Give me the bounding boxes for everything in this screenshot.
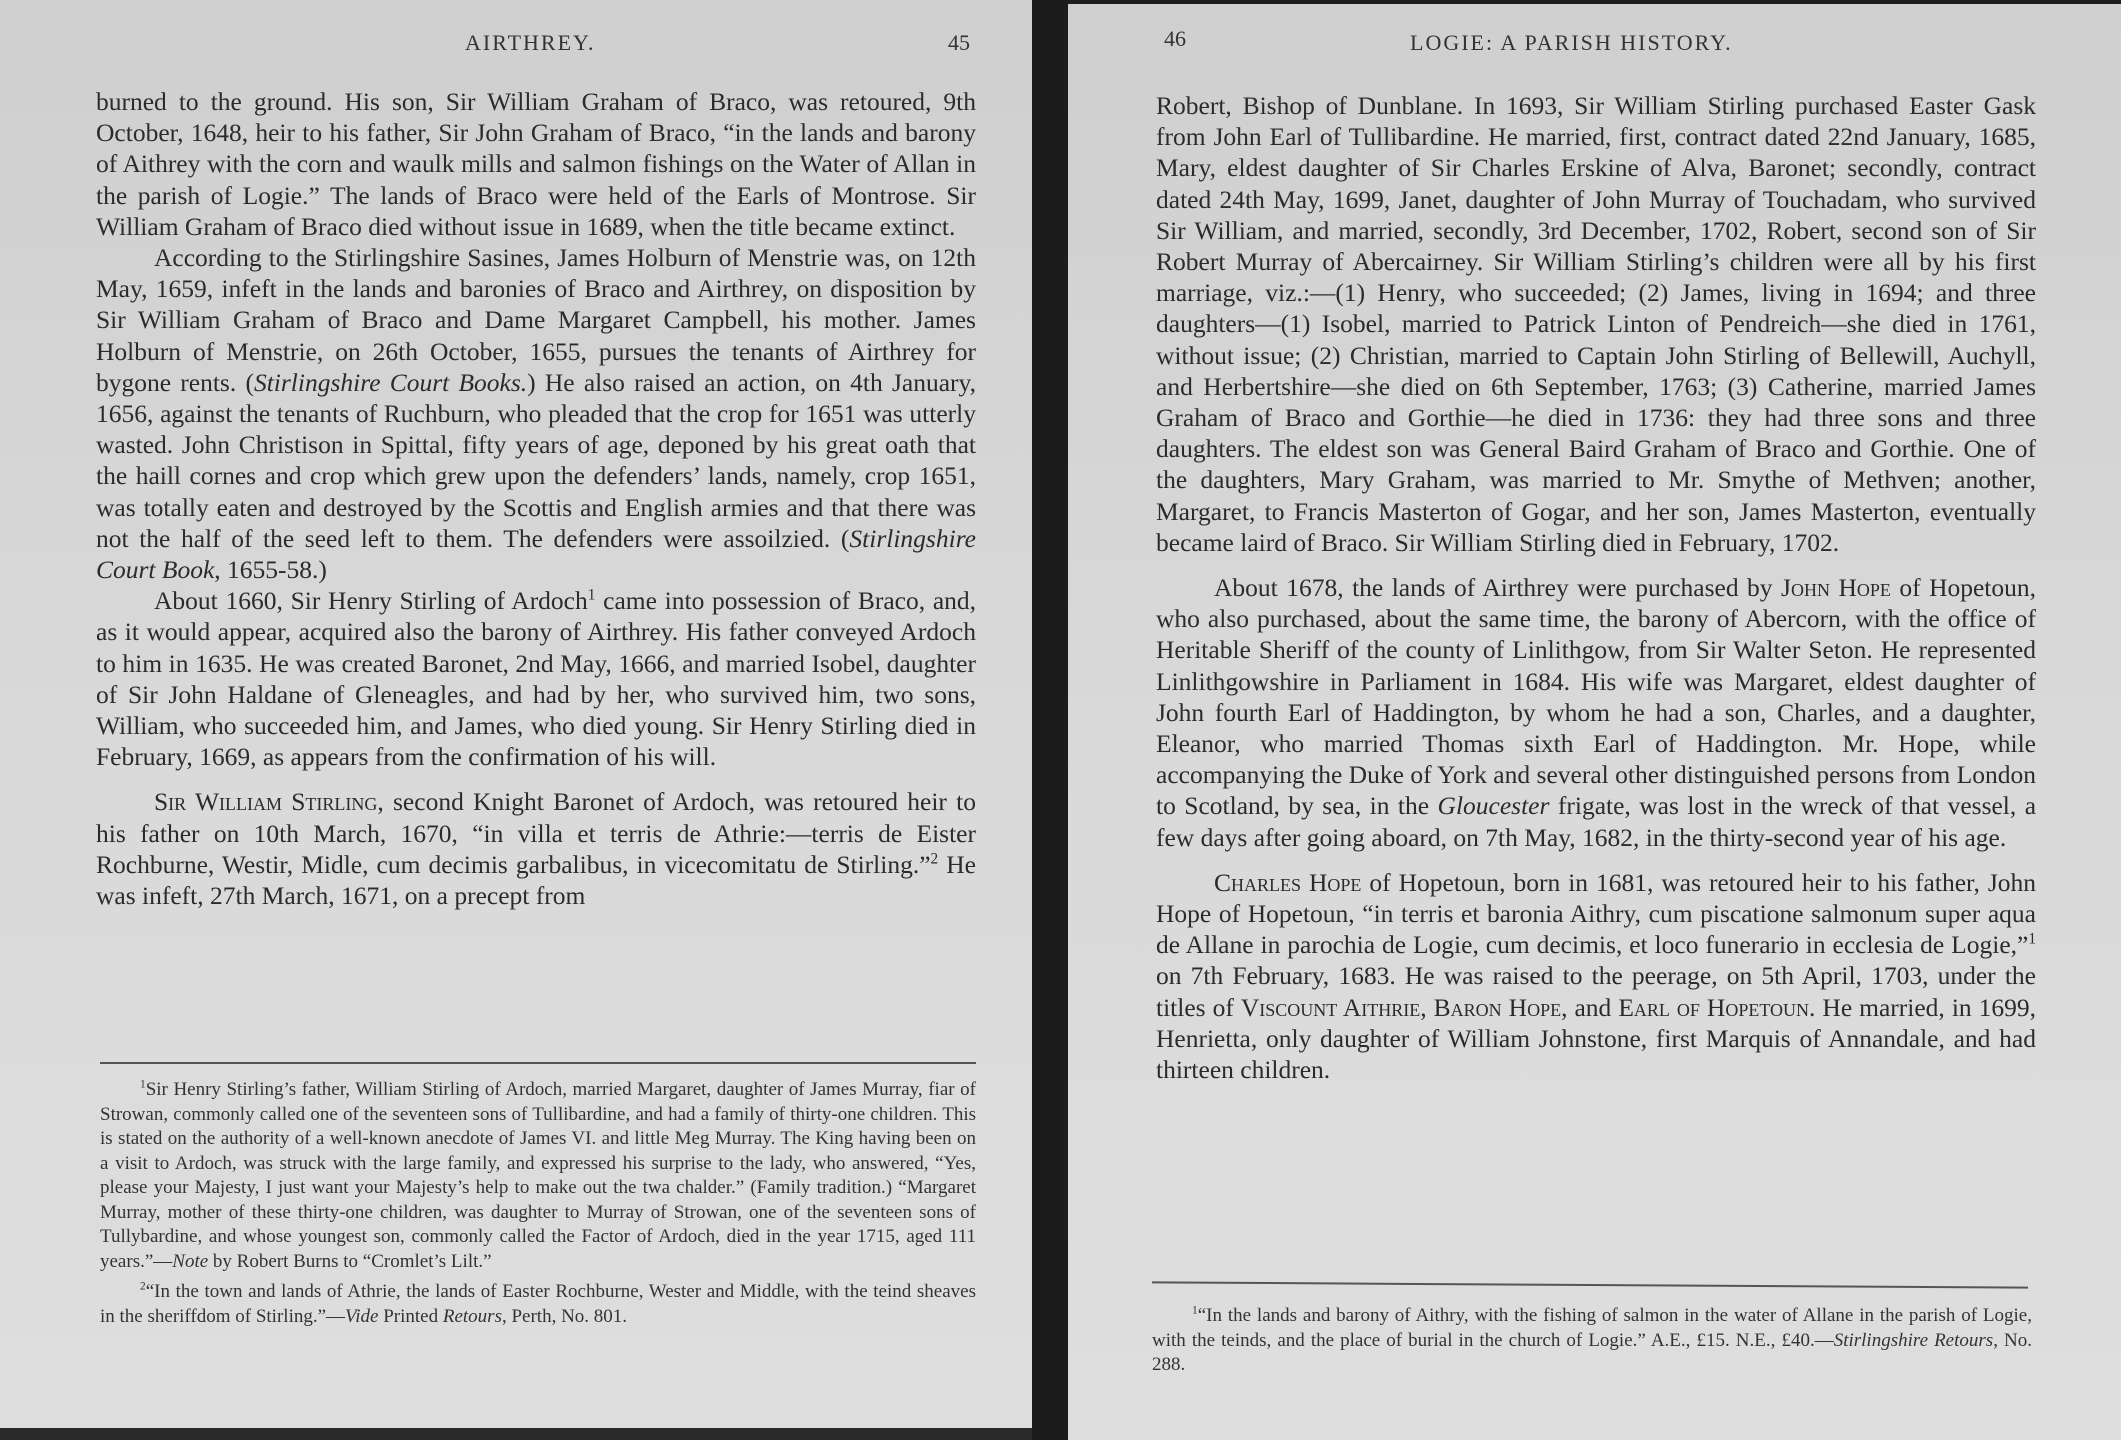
body-text: Robert, Bishop of Dunblane. In 1693, Sir…: [1156, 90, 2036, 1085]
body-text: burned to the ground. His son, Sir Willi…: [96, 86, 976, 911]
person-name: Sir William Stirling: [154, 787, 377, 816]
ship-name: Gloucester: [1438, 791, 1550, 820]
paragraph: Charles Hope of Hopetoun, born in 1681, …: [1156, 867, 2036, 1085]
title-name: Earl of Hopetoun.: [1618, 993, 1815, 1022]
right-page: 46 LOGIE: A PARISH HISTORY. Robert, Bish…: [1068, 4, 2121, 1440]
footnotes: 1“In the lands and barony of Aithry, wit…: [1152, 1304, 2032, 1378]
paragraph: According to the Stirlingshire Sasines, …: [96, 242, 976, 585]
left-page: AIRTHREY. 45 burned to the ground. His s…: [0, 0, 1032, 1440]
footnote-divider: [100, 1062, 976, 1064]
running-head: AIRTHREY.: [465, 30, 596, 56]
footnote-divider: [1152, 1281, 2028, 1288]
footnote: 1“In the lands and barony of Aithry, wit…: [1152, 1304, 2032, 1378]
footnote: 2“In the town and lands of Athrie, the l…: [100, 1280, 976, 1329]
person-name: John Hope: [1781, 573, 1891, 602]
running-head: LOGIE: A PARISH HISTORY.: [1410, 30, 1733, 56]
person-name: Charles Hope: [1214, 868, 1361, 897]
paragraph: Robert, Bishop of Dunblane. In 1693, Sir…: [1156, 90, 2036, 558]
footnote-ref[interactable]: 1: [2028, 931, 2036, 948]
page-number: 45: [948, 30, 970, 56]
paragraph: Sir William Stirling, second Knight Baro…: [96, 786, 976, 911]
footnote: 1Sir Henry Stirling’s father, William St…: [100, 1078, 976, 1274]
page-number: 46: [1164, 26, 1186, 52]
citation: Stirlingshire Court Books.: [254, 368, 527, 397]
paragraph: burned to the ground. His son, Sir Willi…: [96, 86, 976, 242]
paragraph: About 1678, the lands of Airthrey were p…: [1156, 572, 2036, 853]
footnote-ref[interactable]: 1: [588, 587, 596, 604]
title-name: Viscount Aithrie, Baron Hope,: [1241, 993, 1568, 1022]
footnotes: 1Sir Henry Stirling’s father, William St…: [100, 1078, 976, 1329]
footnote-ref[interactable]: 2: [931, 850, 939, 867]
paragraph: About 1660, Sir Henry Stirling of Ardoch…: [96, 585, 976, 772]
